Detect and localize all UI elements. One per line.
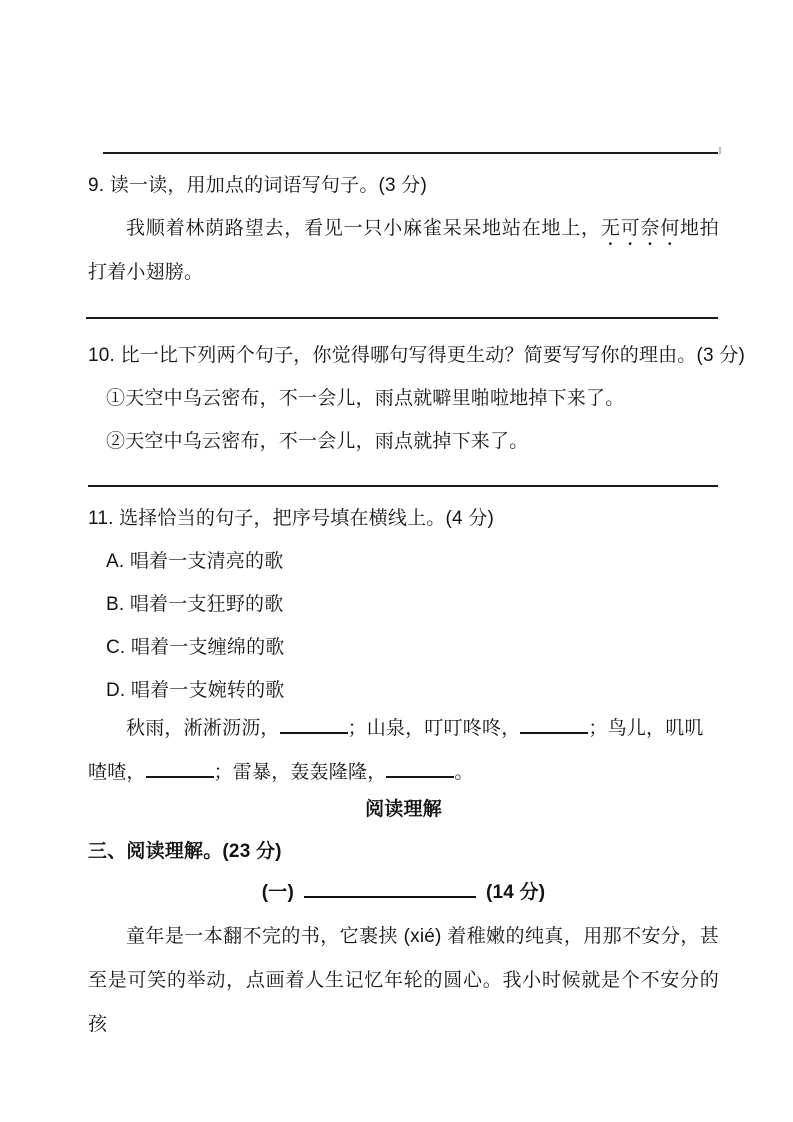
- passage-paragraph: 童年是一本翻不完的书，它裹挟 (xié) 着稚嫩的纯真，用那不安分，甚至是可笑的…: [88, 915, 719, 1047]
- question-11-heading: 11. 选择恰当的句子，把序号填在横线上。(4 分): [88, 497, 719, 541]
- answer-blank-4: [386, 761, 454, 778]
- question-11-choice-b: B. 唱着一支狂野的歌: [88, 583, 719, 627]
- section-divider-top: [103, 152, 718, 154]
- question-9-heading: 9. 读一读，用加点的词语写句子。(3 分): [88, 164, 719, 208]
- fill-text-2: ；山泉，叮叮咚咚，: [348, 718, 521, 739]
- question-10-sentence-2: ②天空中乌云密布，不一会儿，雨点就掉下来了。: [88, 420, 719, 464]
- reading-section-banner: 阅读理解: [88, 788, 719, 832]
- question-11-choice-a: A. 唱着一支清亮的歌: [88, 540, 719, 584]
- reading-section-heading: 三、阅读理解。(23 分): [88, 830, 719, 874]
- exam-page: 9. 读一读，用加点的词语写句子。(3 分) 我顺着林荫路望去，看见一只小麻雀呆…: [0, 0, 793, 1122]
- section-divider-middle: [86, 317, 718, 319]
- scan-artifact-tick: [719, 147, 721, 154]
- section-divider-lower: [88, 485, 718, 487]
- question-10-heading: 10. 比一比下列两个句子，你觉得哪句写得更生动？简要写写你的理由。(3 分): [88, 334, 719, 378]
- passage-label: (一): [262, 882, 294, 903]
- question-11-choice-c: C. 唱着一支缠绵的歌: [88, 626, 719, 670]
- passage-points: (14 分): [486, 882, 545, 903]
- question-11-fill-paragraph: 秋雨，淅淅沥沥，；山泉，叮叮咚咚，；鸟儿，叽叽喳喳，；雷暴，轰轰隆隆，。: [88, 707, 719, 795]
- question-9-sentence-before: 我顺着林荫路望去，看见一只小麻雀呆呆地站在地上，: [126, 218, 601, 239]
- fill-text-1: 秋雨，淅淅沥沥，: [126, 718, 280, 739]
- fill-text-5: 。: [454, 762, 473, 783]
- answer-blank-2: [520, 717, 588, 734]
- passage-title-line: (一)(14 分): [88, 871, 719, 915]
- passage-title-blank: [304, 880, 476, 898]
- fill-text-4: ；雷暴，轰轰隆隆，: [214, 762, 387, 783]
- answer-blank-3: [146, 761, 214, 778]
- question-9-sentence: 我顺着林荫路望去，看见一只小麻雀呆呆地站在地上，无可奈何地拍打着小翅膀。: [88, 207, 719, 295]
- question-9-emphasized-word: 无可奈何: [601, 218, 680, 239]
- answer-blank-1: [280, 717, 348, 734]
- question-10-sentence-1: ①天空中乌云密布，不一会儿，雨点就噼里啪啦地掉下来了。: [88, 377, 719, 421]
